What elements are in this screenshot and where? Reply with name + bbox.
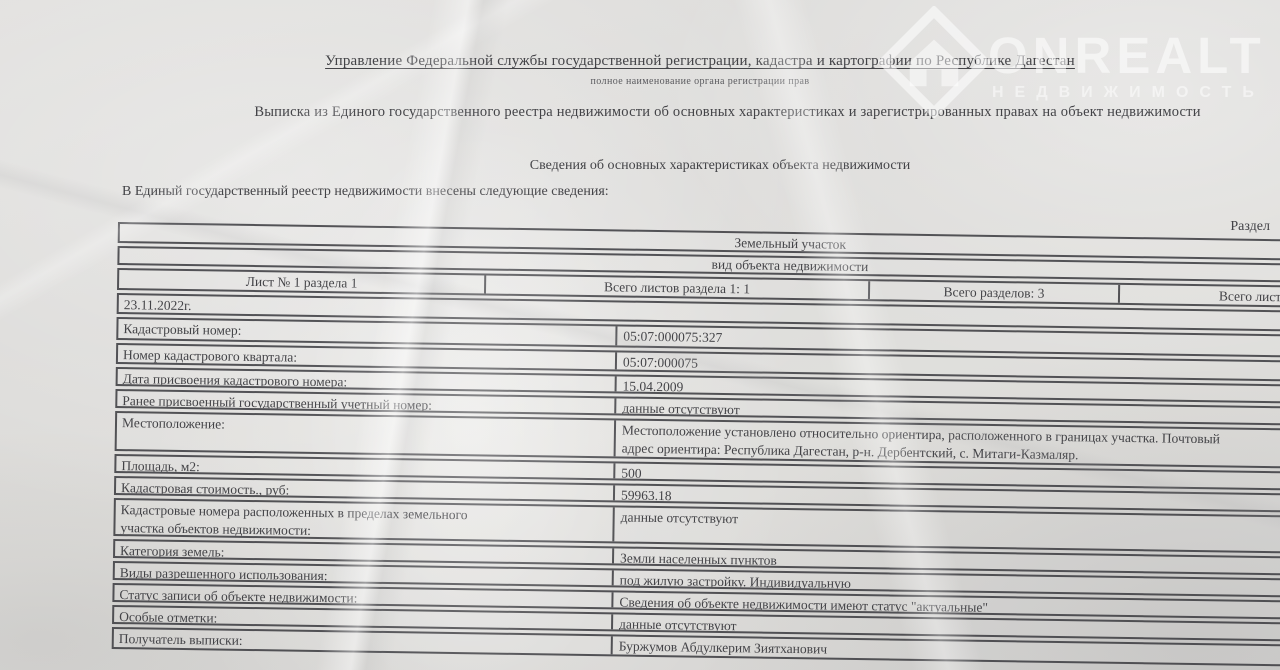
row-value: Буржумов Абдулкерим Зиятханович <box>611 636 1280 667</box>
record-date: 23.11.2022г. <box>124 297 192 313</box>
object-type-caption: вид объекта недвижимости <box>711 257 868 274</box>
authority-caption: полное наименование органа регистрации п… <box>150 76 1250 87</box>
sheets-in-section-cell: Всего листов раздела 1: 1 <box>484 275 868 299</box>
object-type: Земельный участок <box>734 235 846 252</box>
document-content: Управление Федеральной службы государств… <box>0 0 1280 670</box>
row-label: Статус записи об объекте недвижимости: <box>114 585 611 607</box>
row-label: Номер кадастрового квартала: <box>118 345 615 369</box>
row-label: Кадастровый номер: <box>118 319 615 345</box>
photographed-egrn-document: { "watermark": { "brand": "ONREALT", "su… <box>0 0 1280 670</box>
row-label: Местоположение: <box>117 413 614 456</box>
egrn-table: Земельный участок вид объекта недвижимос… <box>112 222 1280 670</box>
row-value: Местоположение установлено относительно … <box>614 420 1280 469</box>
row-label: Кадастровые номера расположенных в преде… <box>115 500 612 541</box>
row-label: Кадастровая стоимость., руб: <box>116 478 613 500</box>
section-label: Раздел <box>1150 219 1270 235</box>
row-label: Виды разрешенного использования: <box>115 563 612 585</box>
total-sections-cell: Всего разделов: 3 <box>868 281 1118 303</box>
section-heading: Сведения об основных характеристиках объ… <box>170 158 1270 174</box>
intro-line: В Единый государственный реестр недвижим… <box>122 184 609 200</box>
row-label: Дата присвоения кадастрового номера: <box>118 369 615 391</box>
row-label: Особые отметки: <box>114 607 611 629</box>
row-label: Получатель выписки: <box>114 629 611 654</box>
row-label: Площадь, м2: <box>116 456 613 478</box>
total-sheets-cell: Всего листов выписки: 4 <box>1118 285 1280 308</box>
sheet-number-cell: Лист № 1 раздела 1 <box>119 270 484 293</box>
row-label: Ранее присвоенный государственный учетны… <box>117 391 614 413</box>
registration-authority-title: Управление Федеральной службы государств… <box>150 53 1250 70</box>
row-label: Категория земель: <box>115 541 612 563</box>
document-title: Выписка из Единого государственного реес… <box>175 104 1280 121</box>
